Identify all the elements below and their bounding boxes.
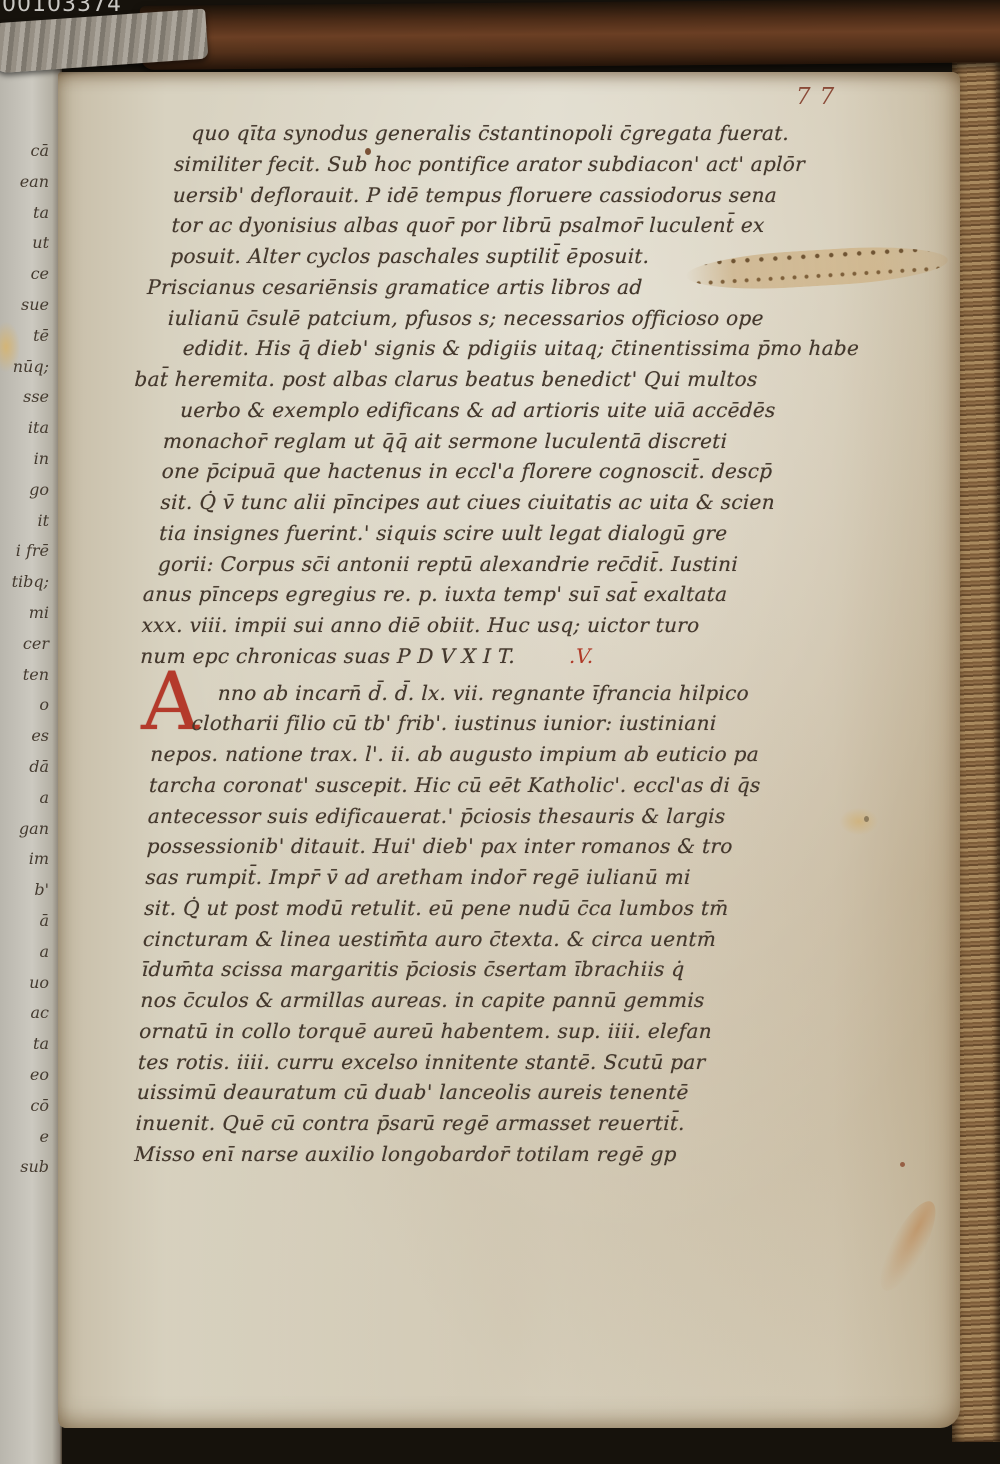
gutter-text-fragment: ean [12, 167, 49, 198]
text-line: ornatū in collo torquē aureū habentem. s… [139, 1016, 880, 1047]
text-line: anus pīnceps egregius re. p. iuxta temp'… [142, 579, 897, 610]
facing-page-gutter: cāeantautcesuetēnūq;sseitaingoiti frētib… [0, 64, 62, 1464]
text-line: monachor̄ reglam ut q̄q̄ ait sermone luc… [162, 426, 903, 457]
gutter-text-fragment: eo [12, 1060, 49, 1091]
gutter-text-fragment: ta [12, 198, 49, 229]
text-line: posuit. Alter cyclos paschales suptilit̄… [170, 241, 911, 272]
text-line: nos c̄culos & armillas aureas. in capite… [140, 985, 881, 1016]
text-line: antecessor suis edificauerat.' p̄ciosis … [147, 801, 888, 832]
gutter-text-fragment: cā [12, 136, 49, 167]
text-line: one p̄cipuā que hactenus in eccl'a flore… [161, 456, 902, 487]
text-line: Priscianus cesariēnsis gramatice artis l… [147, 272, 910, 303]
gutter-text-fragment: ut [12, 228, 49, 259]
gutter-text-fragment: sse [12, 382, 49, 413]
gutter-text-fragment: dā [12, 752, 49, 783]
text-line: uerbo & exemplo edificans & ad artioris … [180, 395, 905, 426]
scan-id-label: 00103374 [2, 0, 122, 17]
text-line: xxx. viii. impii sui anno diē obiit. Huc… [141, 610, 896, 641]
gutter-text-fragment: sub [12, 1152, 49, 1183]
text-line: nno ab incarn̄ d̄. d̄. lx. vii. regnante… [217, 678, 893, 709]
gutter-text-fragment: cer [12, 629, 49, 660]
text-line: quo qīta synodus generalis c̄stantinopol… [191, 118, 916, 149]
gutter-text-fragment: ten [12, 660, 49, 691]
ink-fleck [900, 1162, 905, 1167]
text-line: īdum̄ta scissa margaritis p̄ciosis c̄ser… [141, 954, 882, 985]
line-text: num epc chronicas suas P D V X I T. [140, 644, 516, 668]
folio-number: 77 [796, 84, 843, 110]
gutter-text-fragment: go [12, 475, 49, 506]
gutter-text-fragment: tibq; [12, 567, 49, 598]
gutter-text-fragment: b' [12, 875, 49, 906]
gutter-text-fragment: o [12, 690, 49, 721]
gutter-text-fragment: in [12, 444, 49, 475]
gutter-text-fragment: es [12, 721, 49, 752]
text-line: tia insignes fuerint.' siquis scire uult… [159, 518, 900, 549]
facing-page-line-ends: cāeantautcesuetēnūq;sseitaingoiti frētib… [12, 136, 49, 1183]
text-line: edidit. His q̄ dieb' signis & pdigiis ui… [182, 333, 907, 364]
text-line: uissimū deauratum cū duab' lanceolis aur… [136, 1077, 877, 1108]
gutter-text-fragment: ā [12, 906, 49, 937]
parchment-page: 77 A quo qīta synodus generalis c̄stanti… [58, 72, 960, 1428]
text-line: tarcha coronat' suscepit. Hic cū eēt Kat… [149, 770, 890, 801]
text-line: sas rumpit̄. Impr̄ v̄ ad aretham indor̄ … [145, 862, 886, 893]
gutter-text-fragment: im [12, 844, 49, 875]
gutter-text-fragment: cō [12, 1091, 49, 1122]
gutter-text-fragment: ac [12, 998, 49, 1029]
gutter-text-fragment: i frē [12, 536, 49, 567]
text-line: bat̄ heremita. post albas clarus beatus … [134, 364, 906, 395]
gutter-text-fragment: ita [12, 413, 49, 444]
parchment-stain [870, 1194, 945, 1297]
gutter-text-fragment: ta [12, 1029, 49, 1060]
gutter-text-fragment: ce [12, 259, 49, 290]
text-line: possessionib' ditauit. Hui' dieb' pax in… [146, 831, 887, 862]
text-block: quo qīta synodus generalis c̄stantinopol… [134, 118, 916, 1170]
gutter-text-fragment: gan [12, 814, 49, 845]
text-line: Misso enī narse auxilio longobardor̄ tot… [134, 1139, 875, 1170]
book-spine-edge [140, 0, 1000, 70]
chapter-number-rubric: .V. [569, 644, 595, 668]
manuscript-scan: 00103374 cāeantautcesuetēnūq;sseitaingoi… [0, 0, 1000, 1464]
text-line: sit. Q̇ v̄ tunc alii pīncipes aut ciues … [160, 487, 901, 518]
gutter-text-fragment: it [12, 506, 49, 537]
text-line: clotharii filio cū tb' frib'. iustinus i… [191, 708, 892, 739]
text-line: tes rotis. iiii. curru excelso innitente… [137, 1047, 878, 1078]
text-line: inuenit. Quē cū contra p̄sarū regē armas… [135, 1108, 876, 1139]
text-line: iulianū c̄sulē patcium, pfusos s; necess… [167, 303, 908, 334]
gutter-text-fragment: a [12, 783, 49, 814]
gutter-text-fragment: a [12, 937, 49, 968]
text-line: sit. Q̇ ut post modū retulit. eū pene nu… [144, 893, 885, 924]
text-line: gorii: Corpus sc̄i antonii reptū alexand… [157, 549, 898, 580]
text-line: uersib' deflorauit. P idē tempus floruer… [172, 180, 913, 211]
text-line: cincturam & linea uestim̄ta auro c̄texta… [142, 924, 883, 955]
gutter-text-fragment: mi [12, 598, 49, 629]
text-line: tor ac dyonisius albas quor̄ por librū p… [171, 210, 912, 241]
text-line: nepos. natione trax. l'. ii. ab augusto … [150, 739, 891, 770]
text-line: num epc chronicas suas P D V X I T..V. [140, 641, 895, 672]
text-line: similiter fecit. Sub hoc pontifice arato… [174, 149, 915, 180]
gutter-text-fragment: e [12, 1122, 49, 1153]
gutter-text-fragment: uo [12, 968, 49, 999]
gutter-text-fragment: sue [12, 290, 49, 321]
